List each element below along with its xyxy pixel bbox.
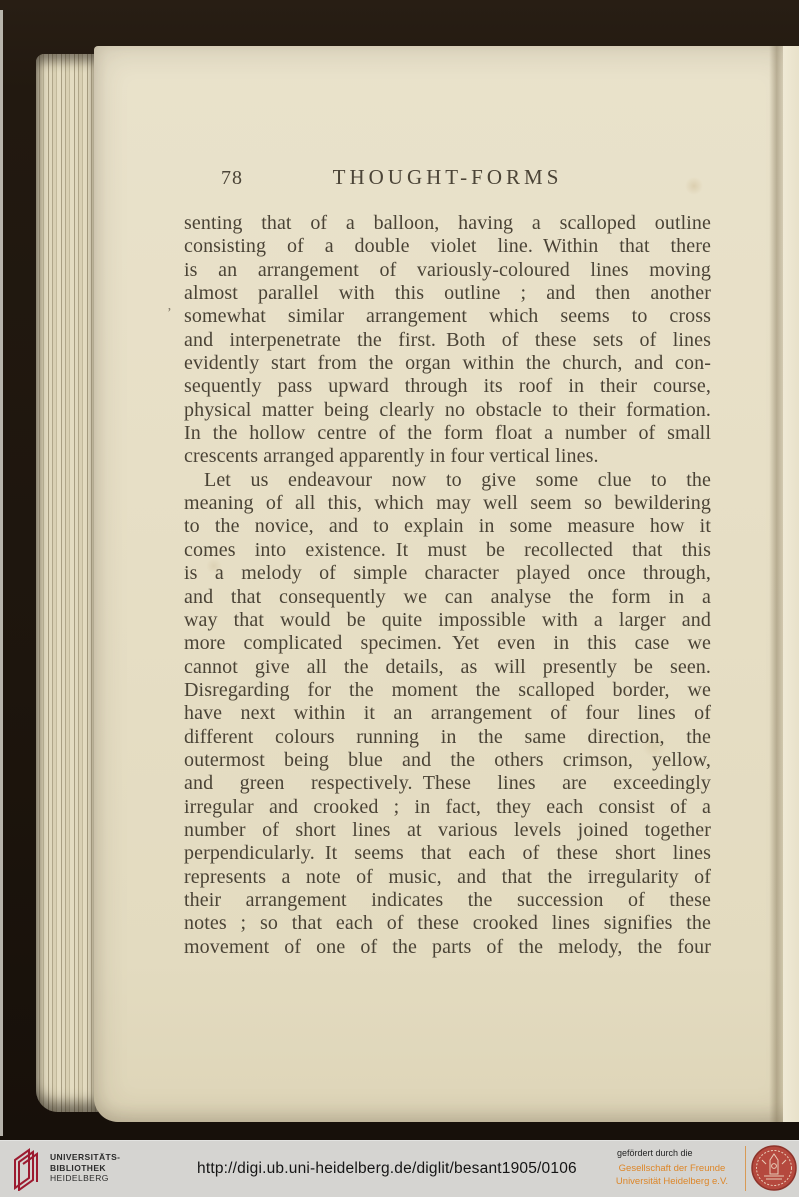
- book-page-edge-stack: [36, 54, 98, 1112]
- page-header: 78 THOUGHT-FORMS: [184, 165, 711, 191]
- text-line: represents a note of music, and that the…: [184, 866, 711, 889]
- footer-bar: UNIVERSITÄTS- BIBLIOTHEK HEIDELBERG http…: [0, 1140, 799, 1197]
- text-line: movement of one of the parts of the melo…: [184, 936, 711, 959]
- book-scan-viewer: 78 THOUGHT-FORMS senting that of a ballo…: [0, 0, 799, 1197]
- document-url: http://digi.ub.uni-heidelberg.de/diglit/…: [197, 1160, 577, 1178]
- text-line: physical matter being clearly no obstacl…: [184, 399, 711, 422]
- university-seal-icon: [750, 1144, 798, 1192]
- funder-name-line: Gesellschaft der Freunde: [601, 1163, 743, 1176]
- library-name: UNIVERSITÄTS- BIBLIOTHEK HEIDELBERG: [50, 1152, 120, 1184]
- stray-print-mark: ʼ: [167, 306, 172, 322]
- text-line: different colours running in the same di…: [184, 726, 711, 749]
- text-line: perpendicularly. It seems that each of t…: [184, 842, 711, 865]
- text-line: consisting of a double violet line. With…: [184, 235, 711, 258]
- text-line: Let us endeavour now to give some clue t…: [184, 469, 711, 492]
- text-line: and that consequently we can analyse the…: [184, 586, 711, 609]
- text-line: number of short lines at various levels …: [184, 819, 711, 842]
- text-line: sequently pass upward through its roof i…: [184, 375, 711, 398]
- page-body-text: senting that of a balloon, having a scal…: [184, 212, 711, 959]
- library-name-line: UNIVERSITÄTS-: [50, 1152, 120, 1163]
- funder-name-line: Universität Heidelberg e.V.: [601, 1176, 743, 1189]
- page-gutter-crease: [769, 46, 783, 1122]
- text-line: to the novice, and to explain in some me…: [184, 515, 711, 538]
- text-line: comes into existence. It must be recolle…: [184, 539, 711, 562]
- text-line: crescents arranged apparently in four ve…: [184, 445, 711, 468]
- text-line: have next within it an arrangement of fo…: [184, 702, 711, 725]
- text-line: senting that of a balloon, having a scal…: [184, 212, 711, 235]
- text-line: more complicated specimen. Yet even in t…: [184, 632, 711, 655]
- text-line: meaning of all this, which may well seem…: [184, 492, 711, 515]
- text-line: Disregarding for the moment the scallope…: [184, 679, 711, 702]
- text-line: irregular and crooked ; in fact, they ea…: [184, 796, 711, 819]
- page-content: 78 THOUGHT-FORMS senting that of a ballo…: [184, 165, 711, 959]
- text-line: almost parallel with this outline ; and …: [184, 282, 711, 305]
- text-line: is a melody of simple character played o…: [184, 562, 711, 585]
- text-line: and green respectively. These lines are …: [184, 772, 711, 795]
- facing-page-sliver: [783, 46, 799, 1122]
- book-page: 78 THOUGHT-FORMS senting that of a ballo…: [94, 46, 799, 1122]
- page-number: 78: [221, 167, 243, 190]
- text-line: evidently start from the organ within th…: [184, 352, 711, 375]
- running-header-title: THOUGHT-FORMS: [333, 165, 563, 190]
- footer-divider: [745, 1146, 746, 1191]
- funding-intro: gefördert durch die: [601, 1148, 743, 1158]
- university-library-books-logo-icon: [12, 1147, 46, 1191]
- text-line: is an arrangement of variously-coloured …: [184, 259, 711, 282]
- text-line: somewhat similar arrangement which seems…: [184, 305, 711, 328]
- library-name-line: BIBLIOTHEK: [50, 1163, 120, 1174]
- text-line: way that would be quite impossible with …: [184, 609, 711, 632]
- text-line: their arrangement indicates the successi…: [184, 889, 711, 912]
- text-line: In the hollow centre of the form float a…: [184, 422, 711, 445]
- text-line: and interpenetrate the first. Both of th…: [184, 329, 711, 352]
- funding-credit: gefördert durch die Gesellschaft der Fre…: [601, 1148, 743, 1188]
- library-name-line: HEIDELBERG: [50, 1173, 120, 1184]
- scan-background: 78 THOUGHT-FORMS senting that of a ballo…: [0, 0, 799, 1140]
- text-line: notes ; so that each of these crooked li…: [184, 912, 711, 935]
- text-line: outermost being blue and the others crim…: [184, 749, 711, 772]
- scanner-edge-strip: [0, 10, 3, 1136]
- text-line: cannot give all the details, as will pre…: [184, 656, 711, 679]
